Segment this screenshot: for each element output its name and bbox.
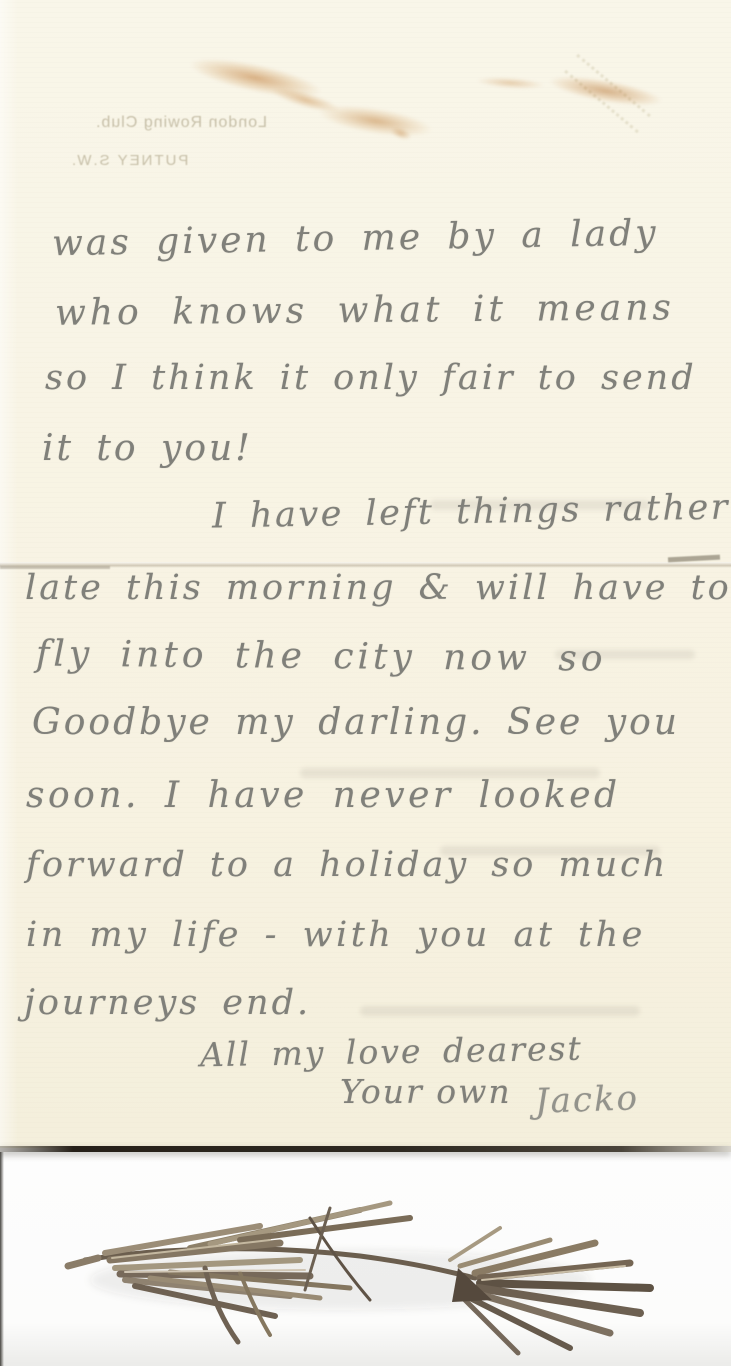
dried-rosemary-sprig-image — [40, 1160, 660, 1366]
letterhead-showthrough-line1: London Rowing Club. — [95, 114, 267, 132]
handwritten-line: fly into the city now so — [36, 634, 607, 680]
handwritten-line: late this morning & will have to — [25, 568, 731, 608]
page-bottom-shadow — [0, 1146, 731, 1152]
closing-line: Your own — [340, 1072, 512, 1111]
letter-scan: London Rowing Club. PUTNEY S.W. was give… — [0, 0, 731, 1366]
page-edge-highlight — [0, 0, 18, 1148]
handwritten-line: it to you! — [42, 428, 253, 469]
handwritten-line: so I think it only fair to send — [45, 358, 697, 398]
signature: Jacko — [534, 1078, 639, 1122]
handwritten-line: forward to a holiday so much — [26, 845, 668, 885]
letterhead-showthrough-line2: PUTNEY S.W. — [70, 152, 188, 169]
handwritten-line: who knows what it means — [55, 287, 675, 333]
handwritten-line: Goodbye my darling. See you — [32, 702, 680, 743]
handwritten-line: journeys end. — [24, 983, 311, 1023]
closing-line: All my love dearest — [200, 1029, 583, 1075]
handwritten-line: in my life - with you at the — [26, 915, 646, 955]
handwritten-line: soon. I have never looked — [26, 775, 621, 816]
scan-edge-shadow — [0, 1152, 4, 1366]
ink-showthrough — [360, 1006, 640, 1016]
